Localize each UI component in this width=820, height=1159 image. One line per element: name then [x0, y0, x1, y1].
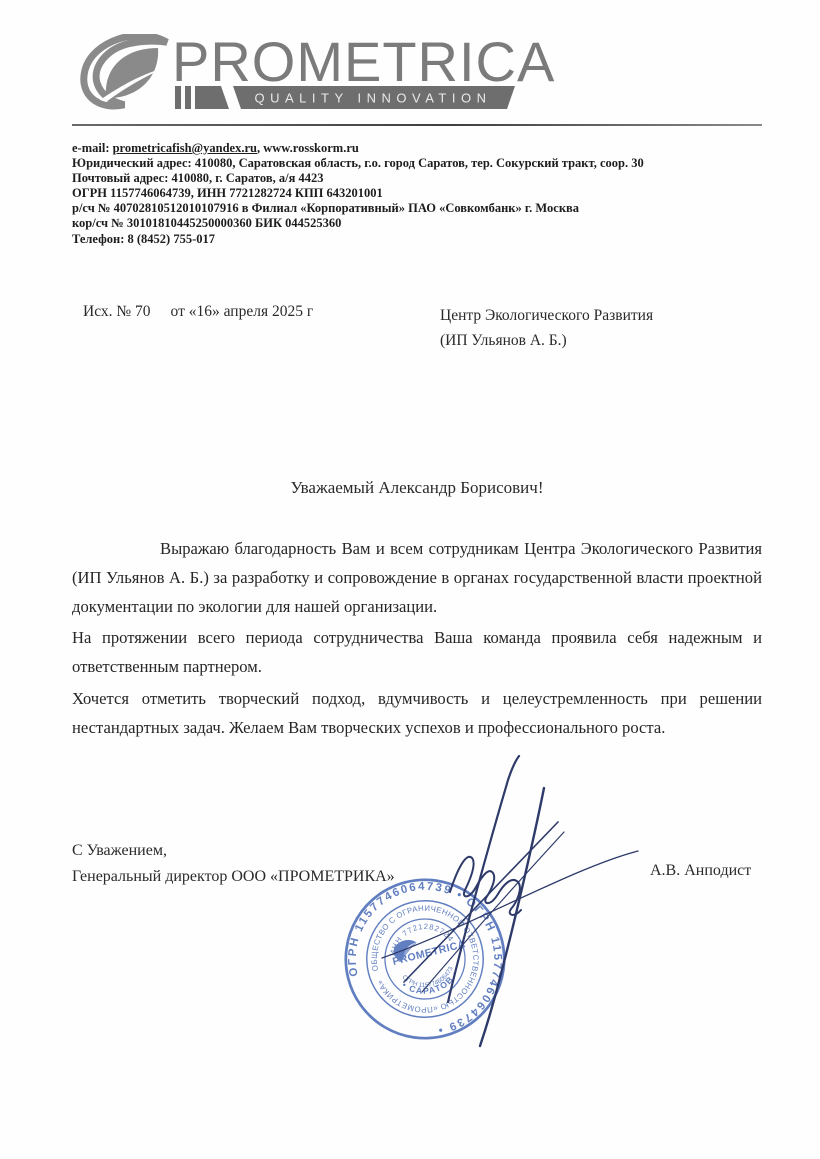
contact-email-line: e-mail: prometricafish@yandex.ru, www.ro…: [72, 141, 732, 156]
greeting-line: Уважаемый Александр Борисович!: [72, 478, 762, 498]
contact-legal-address: Юридический адрес: 410080, Саратовская о…: [72, 156, 732, 171]
quality-innovation-banner: QUALITY INNOVATION: [175, 86, 515, 109]
signer-name: А.В. Анподист: [650, 862, 751, 880]
handwritten-signature: [330, 730, 660, 1060]
outgoing-number: Исх. № 70: [83, 303, 151, 320]
contact-block: e-mail: prometricafish@yandex.ru, www.ro…: [72, 141, 732, 247]
addressee-person: (ИП Ульянов А. Б.): [440, 328, 653, 353]
email-address: prometricafish@yandex.ru: [113, 141, 257, 155]
header-divider: [72, 124, 762, 126]
contact-postal-address: Почтовый адрес: 410080, г. Саратов, а/я …: [72, 171, 732, 186]
outgoing-date: от «16» апреля 2025 г: [171, 303, 314, 320]
banner-tagline: QUALITY INNOVATION: [255, 91, 492, 106]
paragraph-partnership: На протяжении всего периода сотрудничест…: [72, 624, 762, 682]
contact-corr-account: кор/сч № 30101810445250000360 БИК 044525…: [72, 216, 732, 231]
prometrica-leaf-icon: [76, 34, 180, 118]
contact-registration: ОГРН 1157746064739, ИНН 7721282724 КПП 6…: [72, 186, 732, 201]
contact-bank-account: р/сч № 40702810512010107916 в Филиал «Ко…: [72, 201, 732, 216]
outgoing-reference: Исх. № 70от «16» апреля 2025 г: [83, 303, 313, 321]
addressee-organization: Центр Экологического Развития: [440, 303, 653, 328]
addressee-block: Центр Экологического Развития (ИП Ульяно…: [440, 303, 653, 353]
scanned-letter-page: PROMETRICA QUALITY INNOVATION e-mail: pr…: [0, 0, 820, 1159]
email-suffix: , www.rosskorm.ru: [257, 141, 359, 155]
prometrica-wordmark: PROMETRICA: [172, 34, 532, 90]
email-label: e-mail:: [72, 141, 113, 155]
letter-body: Выражаю благодарность Вам и всем сотрудн…: [72, 535, 762, 746]
contact-phone: Телефон: 8 (8452) 755-017: [72, 232, 732, 247]
paragraph-gratitude: Выражаю благодарность Вам и всем сотрудн…: [72, 535, 762, 621]
